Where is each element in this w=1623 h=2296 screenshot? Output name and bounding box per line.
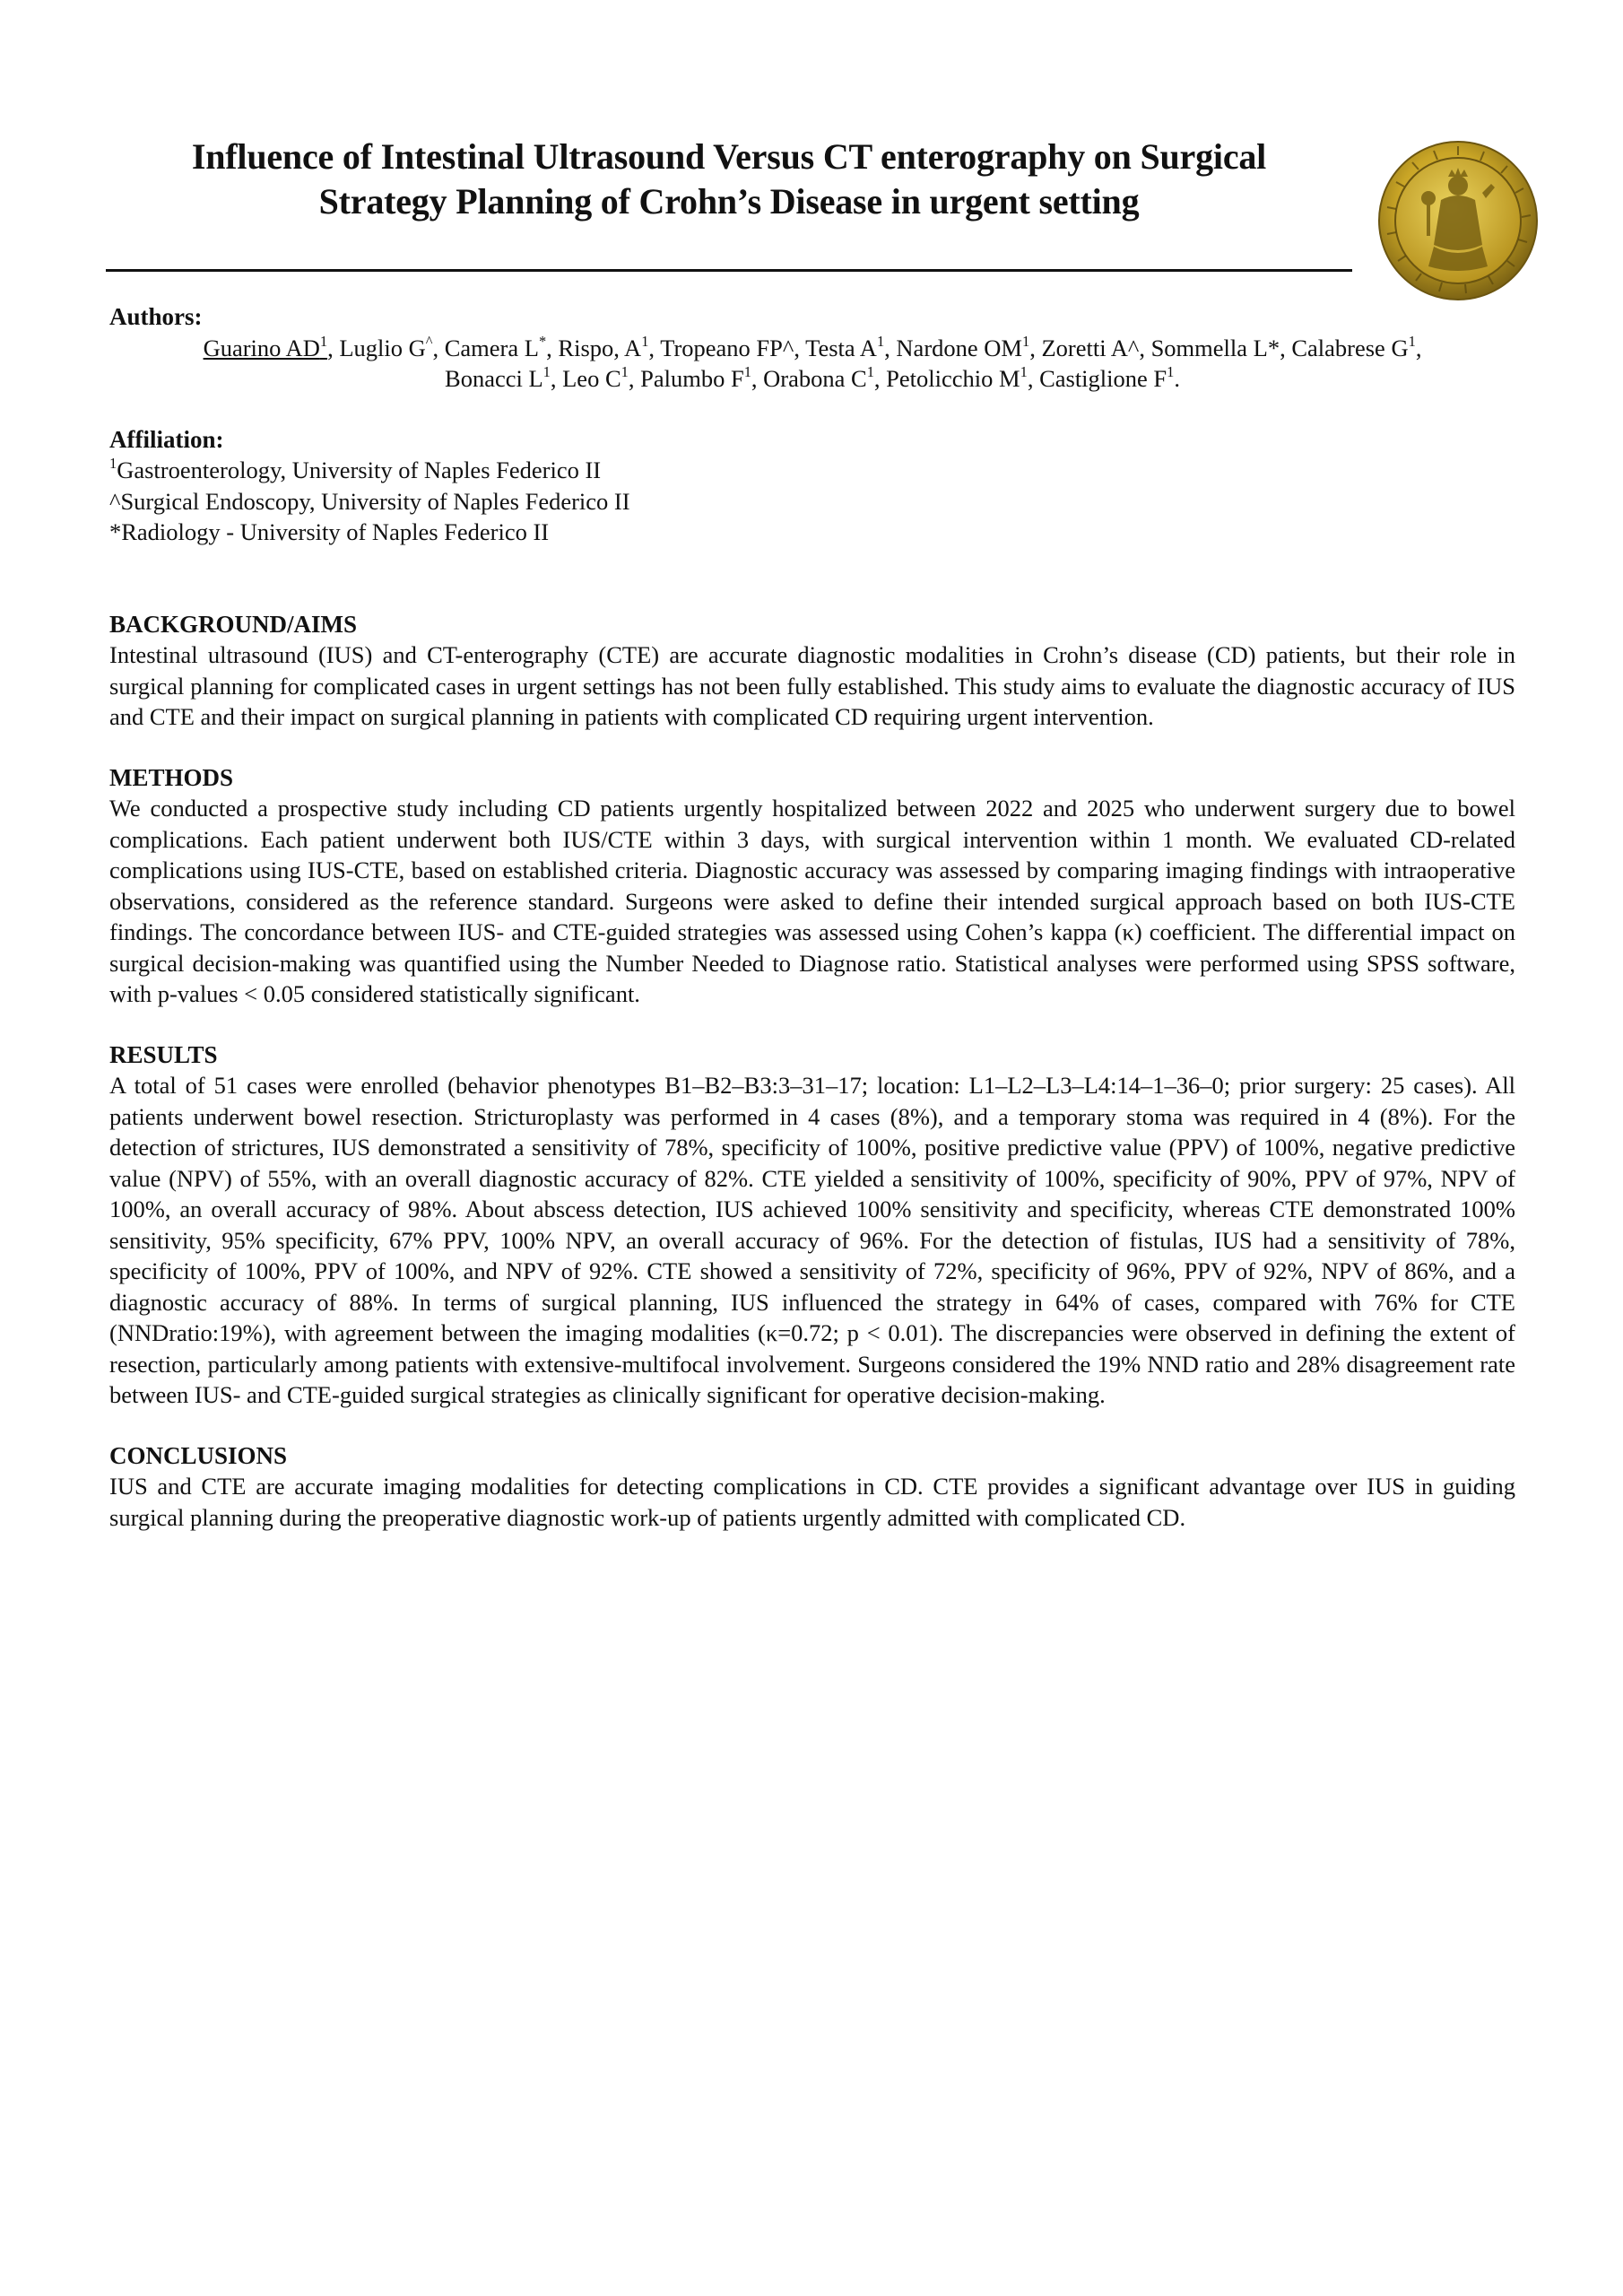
affiliation-mark: ^ [109,488,120,515]
affiliation-item: ^Surgical Endoscopy, University of Naple… [109,486,1515,517]
abstract-sections: BACKGROUND/AIMSIntestinal ultrasound (IU… [109,609,1515,1534]
author-affiliation-mark: 1 [1020,363,1028,380]
author-name: Bonacci L [445,365,543,392]
section-body: IUS and CTE are accurate imaging modalit… [109,1471,1515,1533]
author-affiliation-mark: 1 [1022,333,1029,350]
author-name: Rispo, A [558,335,641,361]
author-affiliation-mark: ^ [426,333,433,350]
affiliation-text: Surgical Endoscopy, University of Naples… [120,488,629,515]
author-name: Zoretti A^ [1041,335,1139,361]
author-affiliation-mark: 1 [1167,363,1174,380]
affiliation-list: 1Gastroenterology, University of Naples … [109,455,1515,548]
author-name: Palumbo F [640,365,744,392]
section-body: Intestinal ultrasound (IUS) and CT-enter… [109,639,1515,733]
section-heading: RESULTS [109,1039,1515,1071]
author-affiliation-mark: 1 [621,363,629,380]
author-name: Calabrese G [1291,335,1408,361]
author-name: Tropeano FP^ [660,335,794,361]
affiliation-text: Gastroenterology, University of Naples F… [117,457,601,483]
affiliation-block: Affiliation: 1Gastroenterology, Universi… [109,424,1515,548]
author-name: Sommella L* [1151,335,1280,361]
section-body: A total of 51 cases were enrolled (behav… [109,1070,1515,1411]
title-line-2: Strategy Planning of Crohn’s Disease in … [106,179,1352,224]
section-results: RESULTSA total of 51 cases were enrolled… [109,1039,1515,1411]
author-entry: Bonacci L1, [445,365,562,392]
abstract-title: Influence of Intestinal Ultrasound Versu… [106,135,1352,224]
author-entry: Petolicchio M1, [886,365,1039,392]
author-list: Guarino AD1, Luglio G^, Camera L*, Rispo… [109,333,1515,395]
affiliation-label: Affiliation: [109,424,1515,456]
section-background-aims: BACKGROUND/AIMSIntestinal ultrasound (IU… [109,609,1515,733]
author-entry: Rispo, A1, [558,335,660,361]
author-name: Nardone OM [896,335,1022,361]
author-affiliation-mark: 1 [867,363,874,380]
author-entry: Testa A1, [805,335,896,361]
author-name: Petolicchio M [886,365,1020,392]
author-name: Camera L [445,335,539,361]
author-entry: Castiglione F1. [1039,365,1180,392]
author-affiliation-mark: 1 [543,363,551,380]
title-line-1: Influence of Intestinal Ultrasound Versu… [106,135,1352,179]
section-heading: CONCLUSIONS [109,1440,1515,1472]
section-body: We conducted a prospective study includi… [109,793,1515,1010]
author-name: Orabona C [763,365,867,392]
authors-block: Authors: Guarino AD1, Luglio G^, Camera … [109,301,1515,395]
author-entry: Calabrese G1, [1291,335,1421,361]
title-divider [106,269,1352,272]
author-name: Guarino AD1 [204,335,328,361]
author-name: Castiglione F [1039,365,1167,392]
author-entry: Guarino AD1, [204,335,340,361]
section-conclusions: CONCLUSIONSIUS and CTE are accurate imag… [109,1440,1515,1534]
author-name: Luglio G [339,335,425,361]
abstract-content: Authors: Guarino AD1, Luglio G^, Camera … [109,301,1515,1533]
author-affiliation-mark: 1 [744,363,751,380]
author-entry: Zoretti A^, [1041,335,1150,361]
author-entry: Nardone OM1, [896,335,1041,361]
affiliation-mark: * [109,518,121,545]
author-entry: Luglio G^, [339,335,444,361]
author-entry: Leo C1, [562,365,640,392]
author-affiliation-mark: 1 [877,333,884,350]
author-entry: Tropeano FP^, [660,335,805,361]
author-entry: Sommella L*, [1151,335,1292,361]
author-affiliation-mark: 1 [641,333,648,350]
university-seal-icon [1376,139,1540,302]
author-name: Leo C [562,365,621,392]
author-entry: Camera L*, [445,335,559,361]
authors-label: Authors: [109,301,1515,333]
affiliation-item: *Radiology - University of Naples Federi… [109,517,1515,548]
author-affiliation-mark: * [539,333,546,350]
author-affiliation-mark: 1 [320,333,327,350]
author-affiliation-mark: 1 [1409,333,1416,350]
affiliation-text: Radiology - University of Naples Federic… [121,518,549,545]
affiliation-mark: 1 [109,455,117,472]
section-heading: METHODS [109,762,1515,794]
affiliation-item: 1Gastroenterology, University of Naples … [109,455,1515,486]
author-entry: Palumbo F1, [640,365,763,392]
author-name: Testa A [805,335,877,361]
section-methods: METHODSWe conducted a prospective study … [109,762,1515,1010]
author-entry: Orabona C1, [763,365,886,392]
section-heading: BACKGROUND/AIMS [109,609,1515,640]
